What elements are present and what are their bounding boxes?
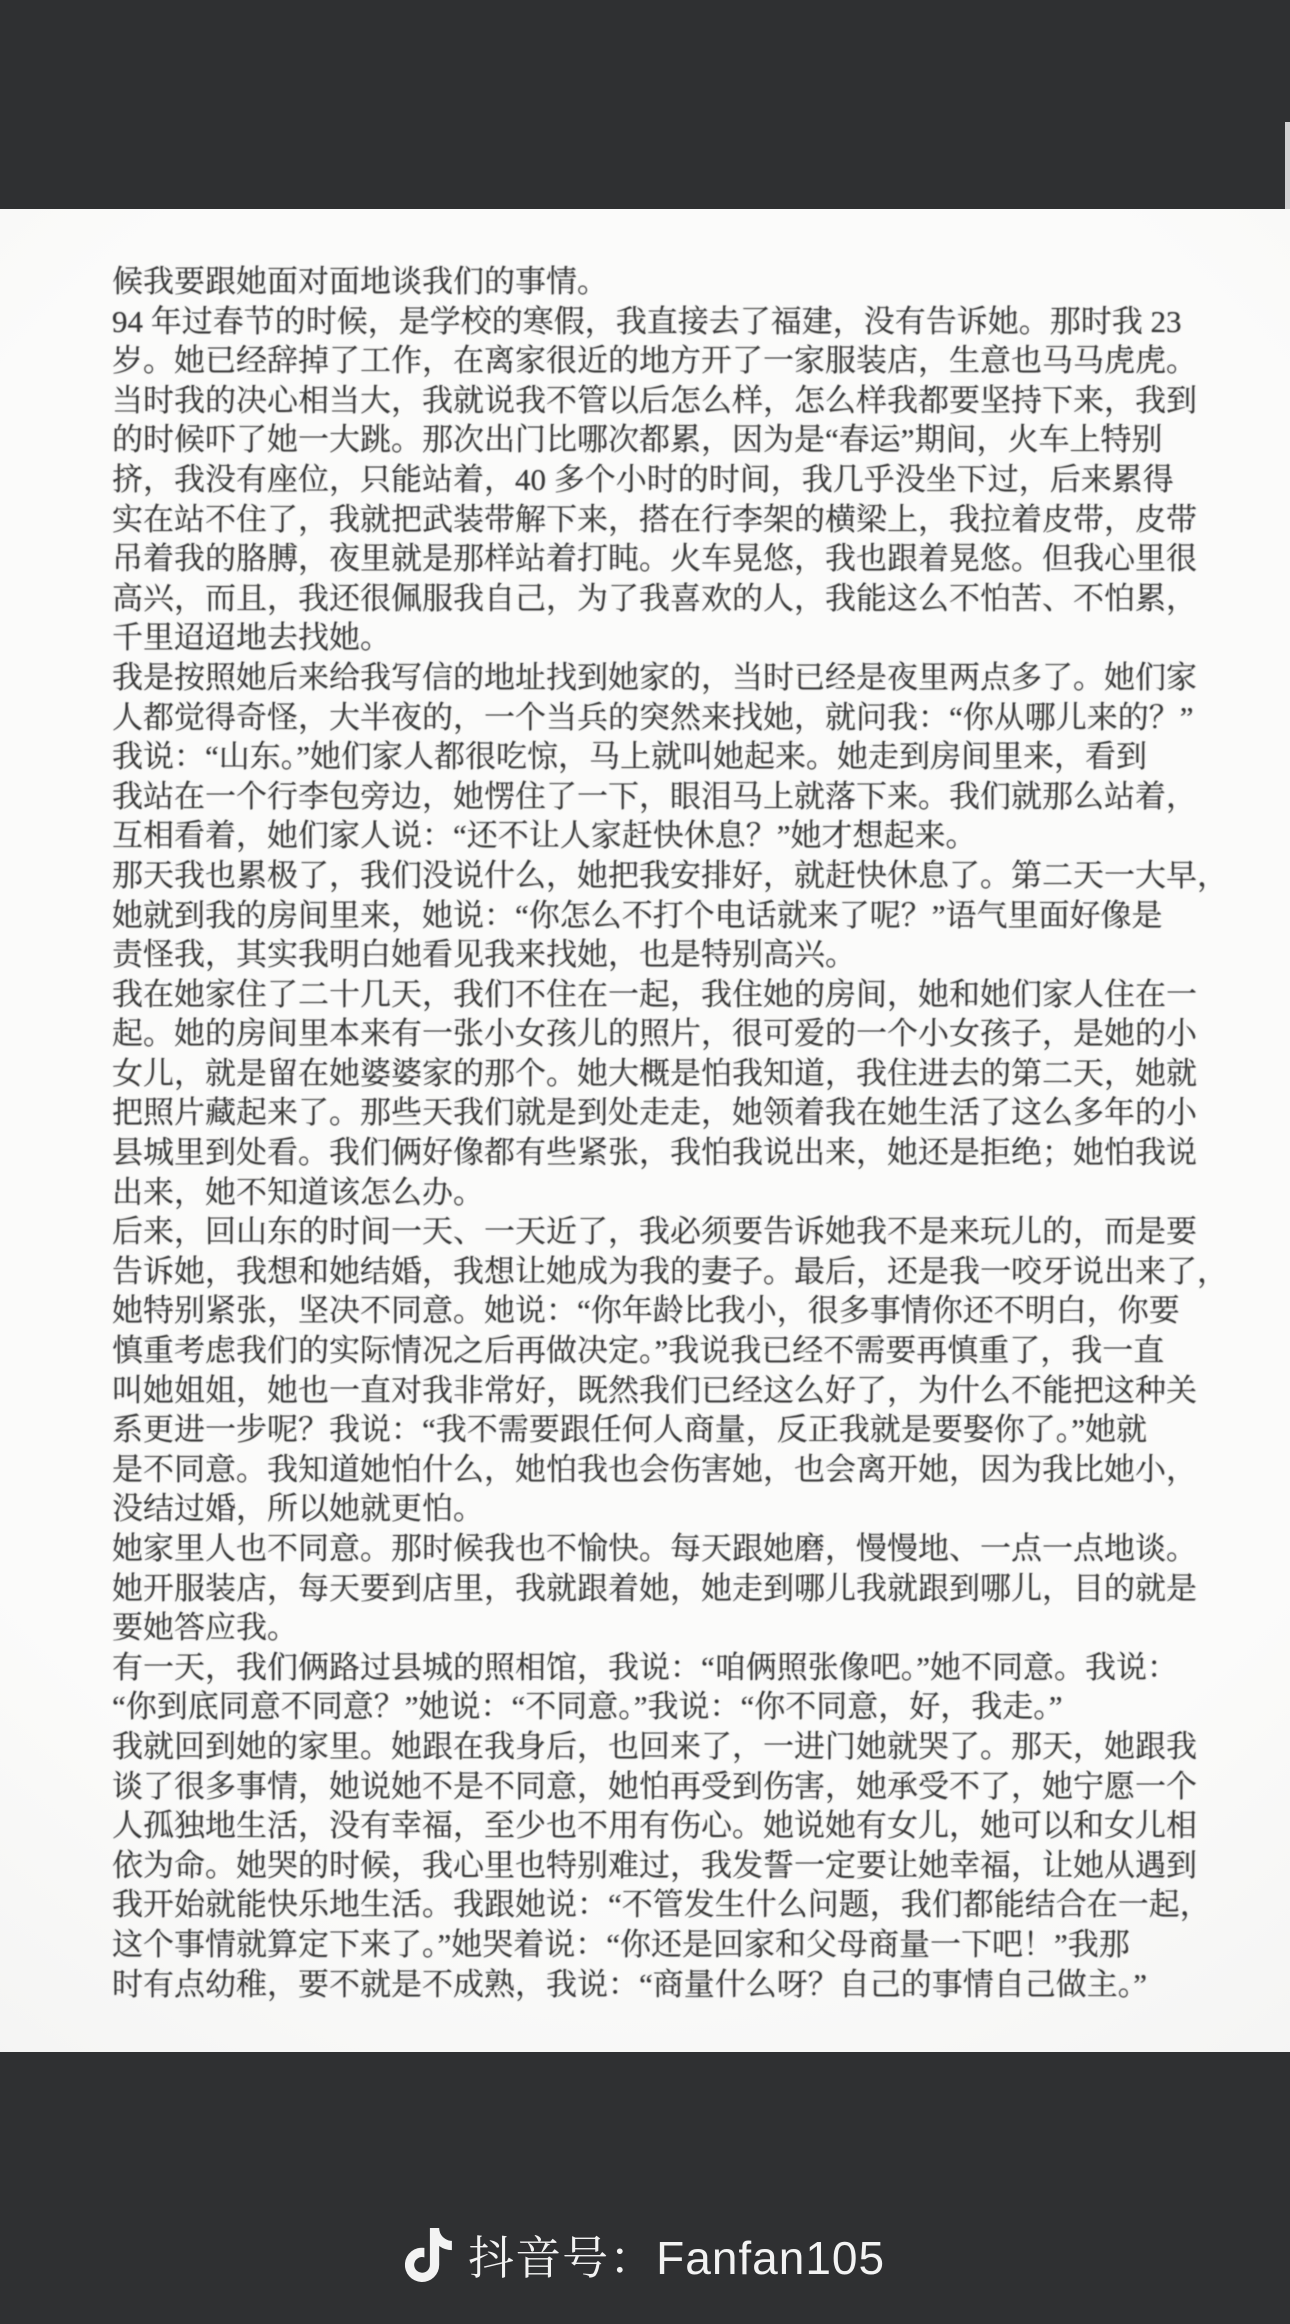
text-line: 没结过婚，所以她就更怕。	[112, 1489, 1212, 1529]
douyin-watermark: 抖音号：Fanfan105	[405, 2222, 885, 2288]
text-line: 责怪我，其实我明白她看见我来找她，也是特别高兴。	[112, 935, 1212, 975]
douyin-note-icon	[405, 2228, 452, 2282]
text-line: 我在她家住了二十几天，我们不住在一起，我住她的房间，她和她们家人住在一	[112, 975, 1212, 1015]
text-line: 有一天，我们俩路过县城的照相馆，我说：“咱俩照张像吧。”她不同意。我说：	[112, 1648, 1212, 1688]
text-line: 这个事情就算定下来了。”她哭着说：“你还是回家和父母商量一下吧！”我那	[112, 1925, 1212, 1965]
text-line: 我说：“山东。”她们家人都很吃惊，马上就叫她起来。她走到房间里来，看到	[112, 737, 1212, 777]
text-line: 慎重考虑我们的实际情况之后再做决定。”我说我已经不需要再慎重了，我一直	[112, 1331, 1212, 1371]
text-line: 人都觉得奇怪，大半夜的，一个当兵的突然来找她，就问我：“你从哪儿来的？”	[112, 698, 1212, 738]
text-line: 94 年过春节的时候，是学校的寒假，我直接去了福建，没有告诉她。那时我 23	[112, 302, 1212, 342]
text-line: 依为命。她哭的时候，我心里也特别难过，我发誓一定要让她幸福，让她从遇到	[112, 1846, 1212, 1886]
text-line: 系更进一步呢？我说：“我不需要跟任何人商量，反正我就是要娶你了。”她就	[112, 1410, 1212, 1450]
text-line: 她家里人也不同意。那时候我也不愉快。每天跟她磨，慢慢地、一点一点地谈。	[112, 1529, 1212, 1569]
text-line: 要她答应我。	[112, 1608, 1212, 1648]
bottom-letterbox: 抖音号：Fanfan105	[0, 2052, 1290, 2324]
text-line: 实在站不住了，我就把武装带解下来，搭在行李架的横梁上，我拉着皮带，皮带	[112, 500, 1212, 540]
text-line: 把照片藏起来了。那些天我们就是到处走走，她领着我在她生活了这么多年的小	[112, 1093, 1212, 1133]
text-line: 岁。她已经辞掉了工作，在离家很近的地方开了一家服装店，生意也马马虎虎。	[112, 341, 1212, 381]
text-line: 吊着我的胳膊，夜里就是那样站着打盹。火车晃悠，我也跟着晃悠。但我心里很	[112, 539, 1212, 579]
text-line: 她特别紧张，坚决不同意。她说：“你年龄比我小，很多事情你还不明白，你要	[112, 1291, 1212, 1331]
text-line: 我开始就能快乐地生活。我跟她说：“不管发生什么问题，我们都能结合在一起，	[112, 1885, 1212, 1925]
text-line: 起。她的房间里本来有一张小女孩儿的照片，很可爱的一个小女孩子，是她的小	[112, 1014, 1212, 1054]
text-line: 互相看着，她们家人说：“还不让人家赶快休息？”她才想起来。	[112, 816, 1212, 856]
text-line: “你到底同意不同意？”她说：“不同意。”我说：“你不同意，好，我走。”	[112, 1687, 1212, 1727]
text-line: 那天我也累极了，我们没说什么，她把我安排好，就赶快休息了。第二天一大早，	[112, 856, 1212, 896]
text-line: 当时我的决心相当大，我就说我不管以后怎么样，怎么样我都要坚持下来，我到	[112, 381, 1212, 421]
text-line: 女儿，就是留在她婆婆家的那个。她大概是怕我知道，我住进去的第二天，她就	[112, 1054, 1212, 1094]
text-line: 人孤独地生活，没有幸福，至少也不用有伤心。她说她有女儿，她可以和女儿相	[112, 1806, 1212, 1846]
text-line: 我站在一个行李包旁边，她愣住了一下，眼泪马上就落下来。我们就那么站着，	[112, 777, 1212, 817]
text-line: 高兴，而且，我还很佩服我自己，为了我喜欢的人，我能这么不怕苦、不怕累，	[112, 579, 1212, 619]
page-edge-artifact	[1285, 122, 1290, 210]
text-line: 候我要跟她面对面地谈我们的事情。	[112, 262, 1212, 302]
text-line: 告诉她，我想和她结婚，我想让她成为我的妻子。最后，还是我一咬牙说出来了，	[112, 1252, 1212, 1292]
text-line: 她开服装店，每天要到店里，我就跟着她，她走到哪儿我就跟到哪儿，目的就是	[112, 1569, 1212, 1609]
text-line: 出来，她不知道该怎么办。	[112, 1173, 1212, 1213]
document-text: 候我要跟她面对面地谈我们的事情。 94 年过春节的时候，是学校的寒假，我直接去了…	[112, 262, 1212, 2004]
douyin-id-text: 抖音号：Fanfan105	[468, 2222, 885, 2288]
text-line: 我就回到她的家里。她跟在我身后，也回来了，一进门她就哭了。那天，她跟我	[112, 1727, 1212, 1767]
top-letterbox	[0, 0, 1290, 209]
video-frame: 候我要跟她面对面地谈我们的事情。 94 年过春节的时候，是学校的寒假，我直接去了…	[0, 0, 1290, 2324]
text-line: 县城里到处看。我们俩好像都有些紧张，我怕我说出来，她还是拒绝；她怕我说	[112, 1133, 1212, 1173]
text-line: 谈了很多事情，她说她不是不同意，她怕再受到伤害，她承受不了，她宁愿一个	[112, 1767, 1212, 1807]
text-line: 我是按照她后来给我写信的地址找到她家的，当时已经是夜里两点多了。她们家	[112, 658, 1212, 698]
text-line: 挤，我没有座位，只能站着，40 多个小时的时间，我几乎没坐下过，后来累得	[112, 460, 1212, 500]
text-line: 是不同意。我知道她怕什么，她怕我也会伤害她，也会离开她，因为我比她小，	[112, 1450, 1212, 1490]
text-line: 后来，回山东的时间一天、一天近了，我必须要告诉她我不是来玩儿的，而是要	[112, 1212, 1212, 1252]
text-line: 千里迢迢地去找她。	[112, 618, 1212, 658]
text-line: 的时候吓了她一大跳。那次出门比哪次都累，因为是“春运”期间，火车上特别	[112, 420, 1212, 460]
text-line: 时有点幼稚，要不就是不成熟，我说：“商量什么呀？自己的事情自己做主。”	[112, 1965, 1212, 2005]
text-line: 叫她姐姐，她也一直对我非常好，既然我们已经这么好了，为什么不能把这种关	[112, 1371, 1212, 1411]
document-page: 候我要跟她面对面地谈我们的事情。 94 年过春节的时候，是学校的寒假，我直接去了…	[0, 209, 1290, 2052]
text-line: 她就到我的房间里来，她说：“你怎么不打个电话就来了呢？”语气里面好像是	[112, 896, 1212, 936]
